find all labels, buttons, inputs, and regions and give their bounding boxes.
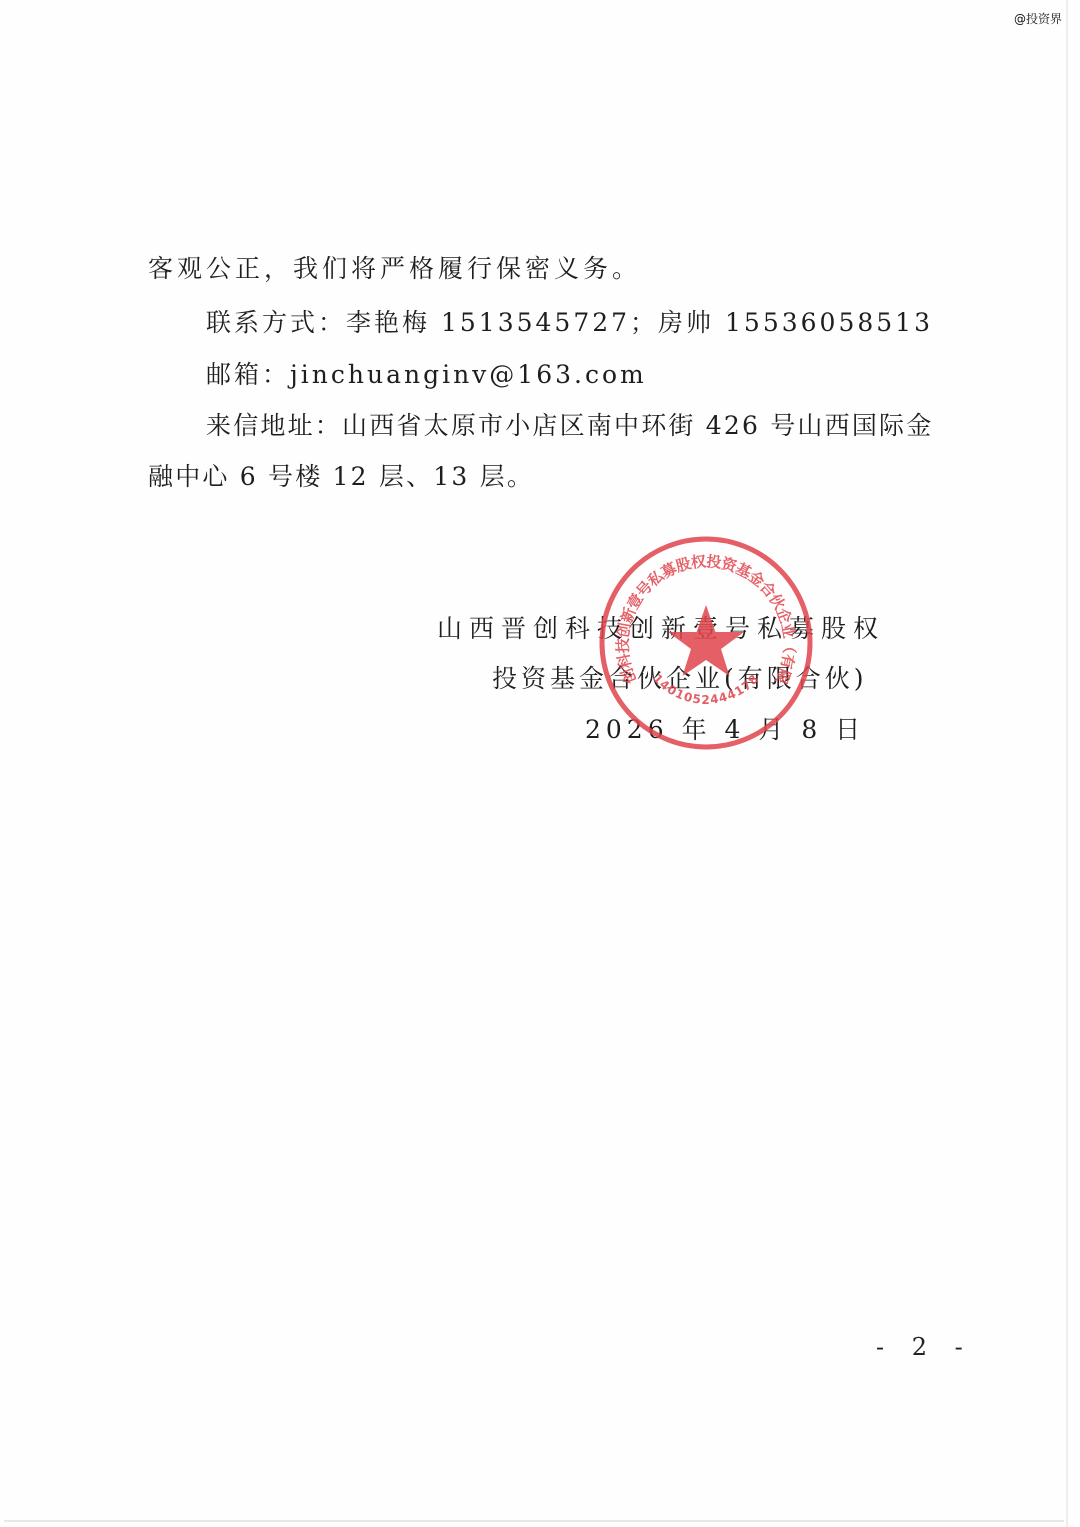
confidentiality-line: 客观公正，我们将严格履行保密义务。 bbox=[148, 253, 641, 285]
contact-line: 联系方式：李艳梅 1513545727；房帅 15536058513 bbox=[206, 307, 933, 339]
address-label: 来信地址： bbox=[206, 411, 342, 440]
contact-name-2: 房帅 bbox=[658, 308, 714, 337]
contact-label: 联系方式： bbox=[206, 308, 346, 337]
document-page: @投资界 客观公正，我们将严格履行保密义务。 联系方式：李艳梅 15135457… bbox=[0, 0, 1080, 1527]
signature-date: 2026 年 4 月 8 日 bbox=[585, 714, 865, 746]
email-label: 邮箱： bbox=[206, 360, 290, 389]
signature-org-line-2: 投资基金合伙企业(有限合伙) bbox=[492, 663, 868, 695]
contact-phone-2: 15536058513 bbox=[725, 308, 933, 337]
signature-org-line-1: 山西晋创科技创新壹号私募股权 bbox=[437, 613, 885, 645]
page-number: - 2 - bbox=[876, 1333, 973, 1361]
email-line: 邮箱：jinchuanginv@163.com bbox=[206, 359, 647, 391]
address-value-1: 山西省太原市小店区南中环街 426 号山西国际金 bbox=[342, 411, 933, 440]
contact-name-1: 李艳梅 bbox=[346, 308, 430, 337]
contact-phone-1: 1513545727； bbox=[441, 308, 658, 337]
address-line-2: 融中心 6 号楼 12 层、13 层。 bbox=[148, 461, 534, 493]
email-value: jinchuanginv@163.com bbox=[290, 360, 647, 389]
letter-body: 客观公正，我们将严格履行保密义务。 联系方式：李艳梅 1513545727；房帅… bbox=[0, 0, 1080, 1527]
address-line-1: 来信地址：山西省太原市小店区南中环街 426 号山西国际金 bbox=[206, 410, 933, 442]
